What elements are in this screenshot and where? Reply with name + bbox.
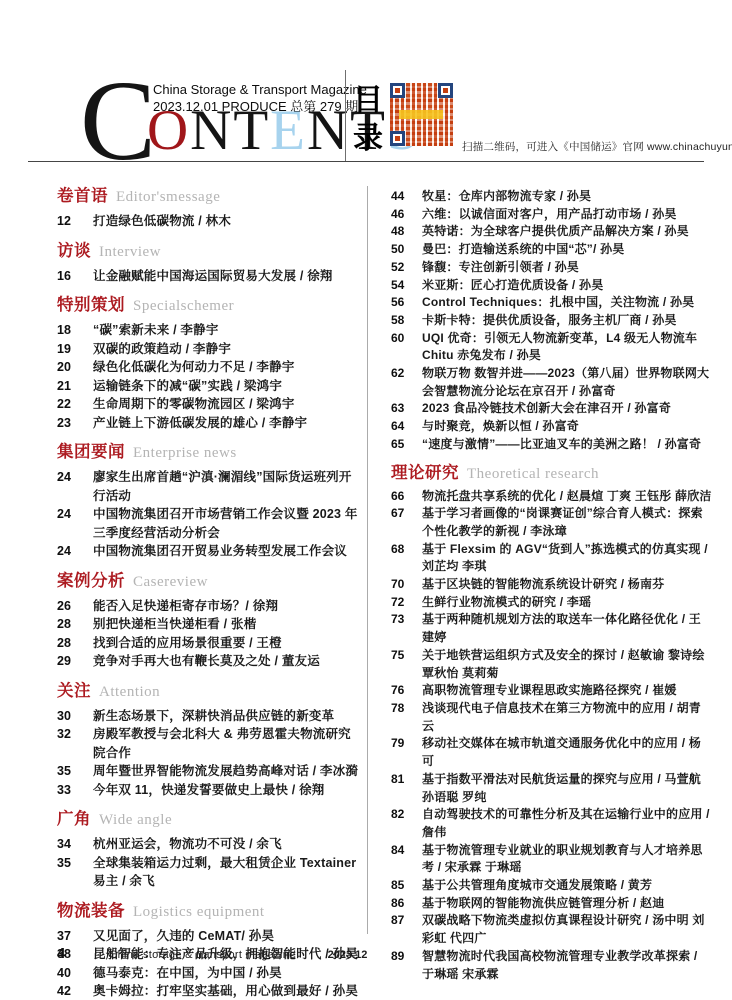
section-title-en: Editor'smessage: [116, 189, 220, 205]
toc-section: 卷首语Editor'smessage12打造绿色低碳物流 / 林木: [57, 186, 362, 231]
toc-item: 50曼巴：打造输送系统的中国“芯”/ 孙昊: [391, 241, 712, 259]
toc-item-page: 78: [391, 700, 422, 735]
toc-item-page: 33: [57, 781, 93, 800]
toc-item-text: 双碳的政策趋动 / 李静宇: [93, 340, 362, 359]
toc-item-text: 杭州亚运会，物流功不可没 / 余飞: [93, 835, 362, 854]
section-title-en: Attention: [99, 684, 160, 700]
toc-item-text: 智慧物流时代我国高校物流管理专业教学改革探索 / 于琳瑶 宋承霖: [422, 948, 712, 983]
toc-item-page: 34: [57, 835, 93, 854]
toc-item-page: 73: [391, 611, 422, 646]
toc-item-page: 64: [391, 418, 422, 436]
toc-item-text: 又见面了，久违的 CeMAT/ 孙昊: [93, 927, 362, 946]
toc-item-text: 德马泰克：在中国，为中国 / 孙昊: [93, 964, 362, 983]
toc-item: 30新生态场景下，深耕快消品供应链的新变革: [57, 707, 362, 726]
section-title-cn: 理论研究: [391, 464, 459, 482]
toc-item: 33今年双 11，快递发誓要做史上最快 / 徐翔: [57, 781, 362, 800]
toc-item-text: “速度与激情”——比亚迪叉车的美洲之路！ / 孙富奇: [422, 436, 712, 454]
toc-item: 56Control Techniques：扎根中国，关注物流 / 孙昊: [391, 294, 712, 312]
toc-item: 48英特诺：为全球客户提供优质产品解决方案 / 孙昊: [391, 223, 712, 241]
toc-item: 40德马泰克：在中国，为中国 / 孙昊: [57, 964, 362, 983]
toc-section: 案例分析Casereview26能否入足快递柜寄存市场？/ 徐翔28别把快递柜当…: [57, 571, 362, 671]
toc-item: 34杭州亚运会，物流功不可没 / 余飞: [57, 835, 362, 854]
toc-item-page: 48: [391, 223, 422, 241]
section-title-cn: 特别策划: [57, 296, 125, 314]
toc-item: 20绿色化低碳化为何动力不足 / 李静宇: [57, 358, 362, 377]
toc-item-text: 新生态场景下，深耕快消品供应链的新变革: [93, 707, 362, 726]
toc-item-page: 21: [57, 377, 93, 396]
toc-item: 54米亚斯：匠心打造优质设备 / 孙昊: [391, 277, 712, 295]
toc-item-page: 23: [57, 414, 93, 433]
toc-item-page: 46: [391, 206, 422, 224]
toc-item-page: 32: [57, 725, 93, 762]
footer-magazine-name: China storage & transport magazine: [109, 949, 295, 961]
toc-item-page: 63: [391, 400, 422, 418]
toc-item: 42奥卡姆拉：打牢坚实基础，用心做到最好 / 孙昊: [57, 982, 362, 1000]
section-title-en: Interview: [99, 244, 161, 260]
toc-item-page: 76: [391, 682, 422, 700]
toc-item-page: 24: [57, 468, 93, 505]
toc-item-text: 奥卡姆拉：打牢坚实基础，用心做到最好 / 孙昊: [93, 982, 362, 1000]
qr-eye-icon: [438, 83, 453, 98]
section-title-cn: 物流装备: [57, 902, 125, 920]
toc-item-text: 关于地铁营运组织方式及安全的探讨 / 赵敏谕 黎诗绘 覃秋怡 莫莉菊: [422, 647, 712, 682]
toc-item-text: 廖家生出席首趟“沪滇·澜湄线”国际货运班列开行活动: [93, 468, 362, 505]
toc-item: 68基于 Flexsim 的 AGV“货到人”拣选模式的仿真实现 / 刘芷均 李…: [391, 541, 712, 576]
toc-section: 关注Attention30新生态场景下，深耕快消品供应链的新变革32房殿军教授与…: [57, 681, 362, 800]
toc-right-column: 44牧星：仓库内部物流专家 / 孙昊46六维：以诚信面对客户，用产品打动市场 /…: [391, 188, 712, 983]
toc-item-text: 物流托盘共享系统的优化 / 赵晨煊 丁爽 王钰彤 薛欣洁: [422, 488, 712, 506]
toc-item-text: 让金融赋能中国海运国际贸易大发展 / 徐翔: [93, 267, 362, 286]
section-heading: 关注Attention: [57, 681, 362, 702]
column-divider: [367, 186, 368, 934]
toc-item-page: 65: [391, 436, 422, 454]
toc-item-text: 找到合适的应用场景很重要 / 王橙: [93, 634, 362, 653]
toc-section: 集团要闻Enterprise news24廖家生出席首趟“沪滇·澜湄线”国际货运…: [57, 442, 362, 561]
toc-item: 82自动驾驶技术的可靠性分析及其在运输行业中的应用 / 詹伟: [391, 806, 712, 841]
toc-item: 35全球集装箱运力过剩，最大租赁企业 Textainer 易主 / 余飞: [57, 854, 362, 891]
toc-item-text: 产业链上下游低碳发展的雄心 / 李静宇: [93, 414, 362, 433]
toc-item-text: 双碳战略下物流类虚拟仿真课程设计研究 / 汤中明 刘彩虹 代四广: [422, 912, 712, 947]
toc-item-text: 基于物联网的智能物流供应链管理分析 / 赵迪: [422, 895, 712, 913]
toc-item-text: 中国物流集团召开市场营销工作会议暨 2023 年三季度经营活动分析会: [93, 505, 362, 542]
toc-item-text: 卡斯卡特：提供优质设备，服务主机厂商 / 孙昊: [422, 312, 712, 330]
toc-item: 29竞争对手再大也有鞭长莫及之处 / 董友运: [57, 652, 362, 671]
toc-item-page: 12: [57, 212, 93, 231]
toc-section: 访谈Interview16让金融赋能中国海运国际贸易大发展 / 徐翔: [57, 241, 362, 286]
qr-caption: 扫描二维码，可进入《中国储运》官网 www.chinachuyun.com: [462, 139, 732, 154]
toc-item-page: 35: [57, 854, 93, 891]
toc-item: 81基于指数平滑法对民航货运量的探究与应用 / 马萱航 孙语聪 罗纯: [391, 771, 712, 806]
toc-item-text: “碳”索新未来 / 李静宇: [93, 321, 362, 340]
toc-item: 12打造绿色低碳物流 / 林木: [57, 212, 362, 231]
toc-item-text: 与时聚竞，焕新以恒 / 孙富奇: [422, 418, 712, 436]
logo-letter: O: [147, 99, 190, 162]
toc-item-text: 米亚斯：匠心打造优质设备 / 孙昊: [422, 277, 712, 295]
logo-letter: N: [190, 99, 233, 162]
toc-item-page: 28: [57, 615, 93, 634]
toc-item-text: 移动社交媒体在城市轨道交通服务优化中的应用 / 杨可: [422, 735, 712, 770]
toc-item: 72生鲜行业物流模式的研究 / 李瑶: [391, 594, 712, 612]
footer-date: 2023.12: [328, 949, 368, 961]
toc-item-page: 28: [57, 634, 93, 653]
toc-item-text: 牧星：仓库内部物流专家 / 孙昊: [422, 188, 712, 206]
section-heading: 访谈Interview: [57, 241, 362, 262]
qr-eye-icon: [390, 131, 405, 146]
section-heading: 广角Wide angle: [57, 809, 362, 830]
section-title-en: Specialschemer: [133, 298, 234, 314]
toc-item-text: 打造绿色低碳物流 / 林木: [93, 212, 362, 231]
toc-item: 65“速度与激情”——比亚迪叉车的美洲之路！ / 孙富奇: [391, 436, 712, 454]
toc-item-text: 绿色化低碳化为何动力不足 / 李静宇: [93, 358, 362, 377]
toc-item: 70基于区块链的智能物流系统设计研究 / 杨南芬: [391, 576, 712, 594]
toc-item-page: 35: [57, 762, 93, 781]
toc-item-page: 86: [391, 895, 422, 913]
toc-item-text: 物联万物 数智并进——2023（第八届）世界物联网大会智慧物流分论坛在京召开 /…: [422, 365, 712, 400]
toc-section: 特别策划Specialschemer18“碳”索新未来 / 李静宇19双碳的政策…: [57, 295, 362, 432]
toc-item: 28别把快递柜当快递柜看 / 张楷: [57, 615, 362, 634]
toc-item-page: 82: [391, 806, 422, 841]
toc-item: 37又见面了，久违的 CeMAT/ 孙昊: [57, 927, 362, 946]
section-title-cn: 访谈: [57, 242, 91, 260]
toc-item-text: 房殿军教授与会北科大 & 弗劳恩霍夫物流研究院合作: [93, 725, 362, 762]
toc-item-page: 79: [391, 735, 422, 770]
section-title-en: Enterprise news: [133, 445, 237, 461]
toc-item-text: 运输链条下的减“碳”实践 / 梁鸿宇: [93, 377, 362, 396]
toc-item-text: 英特诺：为全球客户提供优质产品解决方案 / 孙昊: [422, 223, 712, 241]
toc-item: 32房殿军教授与会北科大 & 弗劳恩霍夫物流研究院合作: [57, 725, 362, 762]
qr-code: [390, 83, 453, 146]
section-heading: 理论研究Theoretical research: [391, 463, 712, 484]
toc-item: 46六维：以诚信面对客户，用产品打动市场 / 孙昊: [391, 206, 712, 224]
toc-item-text: 自动驾驶技术的可靠性分析及其在运输行业中的应用 / 詹伟: [422, 806, 712, 841]
toc-item: 24中国物流集团召开市场营销工作会议暨 2023 年三季度经营活动分析会: [57, 505, 362, 542]
toc-item: 78浅谈现代电子信息技术在第三方物流中的应用 / 胡青云: [391, 700, 712, 735]
toc-item: 87双碳战略下物流类虚拟仿真课程设计研究 / 汤中明 刘彩虹 代四广: [391, 912, 712, 947]
toc-item: 35周年暨世界智能物流发展趋势高峰对话 / 李冰漪: [57, 762, 362, 781]
page-footer: 4 China storage & transport magazine 202…: [57, 945, 367, 962]
toc-item-page: 40: [57, 964, 93, 983]
toc-item-text: 基于区块链的智能物流系统设计研究 / 杨南芬: [422, 576, 712, 594]
toc-item-page: 62: [391, 365, 422, 400]
toc-item-page: 56: [391, 294, 422, 312]
toc-item: 86基于物联网的智能物流供应链管理分析 / 赵迪: [391, 895, 712, 913]
toc-item: 85基于公共管理角度城市交通发展策略 / 黄芳: [391, 877, 712, 895]
toc-item-text: 六维：以诚信面对客户，用产品打动市场 / 孙昊: [422, 206, 712, 224]
toc-item-page: 30: [57, 707, 93, 726]
section-title-cn: 关注: [57, 682, 91, 700]
toc-item-page: 37: [57, 927, 93, 946]
logo-letter: E: [270, 99, 307, 162]
footer-page-number: 4: [57, 945, 65, 962]
toc-item-page: 20: [57, 358, 93, 377]
toc-item: 62物联万物 数智并进——2023（第八届）世界物联网大会智慧物流分论坛在京召开…: [391, 365, 712, 400]
toc-item-page: 24: [57, 542, 93, 561]
toc-item-text: 2023 食品冷链技术创新大会在津召开 / 孙富奇: [422, 400, 712, 418]
toc-item-text: 周年暨世界智能物流发展趋势高峰对话 / 李冰漪: [93, 762, 362, 781]
toc-section: 广角Wide angle34杭州亚运会，物流功不可没 / 余飞35全球集装箱运力…: [57, 809, 362, 891]
toc-item: 28找到合适的应用场景很重要 / 王橙: [57, 634, 362, 653]
toc-item-text: 基于学习者画像的“岗课赛证创”综合育人模式：探索个性化教学的新视 / 李泳璋: [422, 505, 712, 540]
toc-item-page: 68: [391, 541, 422, 576]
toc-section: 理论研究Theoretical research66物流托盘共享系统的优化 / …: [391, 463, 712, 984]
toc-item: 23产业链上下游低碳发展的雄心 / 李静宇: [57, 414, 362, 433]
toc-item-text: 浅谈现代电子信息技术在第三方物流中的应用 / 胡青云: [422, 700, 712, 735]
toc-item-page: 52: [391, 259, 422, 277]
toc-item-page: 19: [57, 340, 93, 359]
toc-item-page: 16: [57, 267, 93, 286]
section-title-en: Theoretical research: [467, 466, 599, 482]
toc-item-text: 锋馥：专注创新引领者 / 孙昊: [422, 259, 712, 277]
toc-item: 26能否入足快递柜寄存市场？/ 徐翔: [57, 597, 362, 616]
section-title-en: Casereview: [133, 574, 208, 590]
toc-item-text: 生命周期下的零碳物流园区 / 梁鸿宇: [93, 395, 362, 414]
toc-item-page: 85: [391, 877, 422, 895]
toc-item-page: 22: [57, 395, 93, 414]
toc-item-page: 66: [391, 488, 422, 506]
toc-item: 632023 食品冷链技术创新大会在津召开 / 孙富奇: [391, 400, 712, 418]
toc-item-text: 全球集装箱运力过剩，最大租赁企业 Textainer 易主 / 余飞: [93, 854, 362, 891]
section-title-en: Logistics equipment: [133, 904, 265, 920]
section-title-cn: 案例分析: [57, 572, 125, 590]
section-title-en: Wide angle: [99, 812, 172, 828]
toc-item: 22生命周期下的零碳物流园区 / 梁鸿宇: [57, 395, 362, 414]
toc-item-page: 75: [391, 647, 422, 682]
toc-item-text: 中国物流集团召开贸易业务转型发展工作会议: [93, 542, 362, 561]
toc-item: 73基于两种随机规划方法的取送车一体化路径优化 / 王建婷: [391, 611, 712, 646]
logo-letter: T: [233, 99, 270, 162]
toc-item-page: 67: [391, 505, 422, 540]
toc-item: 16让金融赋能中国海运国际贸易大发展 / 徐翔: [57, 267, 362, 286]
toc-item: 79移动社交媒体在城市轨道交通服务优化中的应用 / 杨可: [391, 735, 712, 770]
section-heading: 卷首语Editor'smessage: [57, 186, 362, 207]
toc-item-text: 竞争对手再大也有鞭长莫及之处 / 董友运: [93, 652, 362, 671]
toc-item: 67基于学习者画像的“岗课赛证创”综合育人模式：探索个性化教学的新视 / 李泳璋: [391, 505, 712, 540]
toc-item-text: 基于指数平滑法对民航货运量的探究与应用 / 马萱航 孙语聪 罗纯: [422, 771, 712, 806]
toc-left-column: 卷首语Editor'smessage12打造绿色低碳物流 / 林木访谈Inter…: [57, 186, 362, 1000]
toc-item-page: 89: [391, 948, 422, 983]
section-title-cn: 集团要闻: [57, 443, 125, 461]
toc-item: 64与时聚竞，焕新以恒 / 孙富奇: [391, 418, 712, 436]
toc-item: 52锋馥：专注创新引领者 / 孙昊: [391, 259, 712, 277]
toc-item-page: 50: [391, 241, 422, 259]
header-vertical-divider: [345, 70, 346, 162]
toc-item-page: 26: [57, 597, 93, 616]
toc-item: 89智慧物流时代我国高校物流管理专业教学改革探索 / 于琳瑶 宋承霖: [391, 948, 712, 983]
section-title-cn: 卷首语: [57, 187, 108, 205]
logo-letter: N: [307, 99, 350, 162]
toc-item: 58卡斯卡特：提供优质设备，服务主机厂商 / 孙昊: [391, 312, 712, 330]
toc-item-page: 29: [57, 652, 93, 671]
toc-item-page: 44: [391, 188, 422, 206]
toc-item: 76高职物流管理专业课程思政实施路径探究 / 崔媛: [391, 682, 712, 700]
toc-item: 44牧星：仓库内部物流专家 / 孙昊: [391, 188, 712, 206]
toc-item: 24中国物流集团召开贸易业务转型发展工作会议: [57, 542, 362, 561]
toc-item: 24廖家生出席首趟“沪滇·澜湄线”国际货运班列开行活动: [57, 468, 362, 505]
section-title-cn: 广角: [57, 810, 91, 828]
toc-item: 66物流托盘共享系统的优化 / 赵晨煊 丁爽 王钰彤 薛欣洁: [391, 488, 712, 506]
toc-item: 84基于物流管理专业就业的职业规划教育与人才培养思考 / 宋承霖 于琳瑶: [391, 842, 712, 877]
toc-item-page: 54: [391, 277, 422, 295]
header-rule: [28, 161, 704, 162]
section-heading: 特别策划Specialschemer: [57, 295, 362, 316]
toc-item: 19双碳的政策趋动 / 李静宇: [57, 340, 362, 359]
toc-item-page: 72: [391, 594, 422, 612]
toc-item-page: 18: [57, 321, 93, 340]
toc-item-text: 高职物流管理专业课程思政实施路径探究 / 崔媛: [422, 682, 712, 700]
toc-item: 18“碳”索新未来 / 李静宇: [57, 321, 362, 340]
toc-item-text: Control Techniques：扎根中国，关注物流 / 孙昊: [422, 294, 712, 312]
toc-item-text: 基于公共管理角度城市交通发展策略 / 黄芳: [422, 877, 712, 895]
toc-item-text: UQI 优奇：引领无人物流新变革，L4 级无人物流车 Chitu 赤兔发布 / …: [422, 330, 712, 365]
magazine-name-en: China Storage & Transport Magazine: [153, 82, 367, 99]
toc-item-page: 58: [391, 312, 422, 330]
qr-logo-band: [399, 110, 443, 119]
toc-item-page: 84: [391, 842, 422, 877]
qr-eye-icon: [390, 83, 405, 98]
toc-item-page: 60: [391, 330, 422, 365]
toc-item-text: 基于物流管理专业就业的职业规划教育与人才培养思考 / 宋承霖 于琳瑶: [422, 842, 712, 877]
section-heading: 物流装备Logistics equipment: [57, 901, 362, 922]
toc-item: 21运输链条下的减“碳”实践 / 梁鸿宇: [57, 377, 362, 396]
toc-item: 75关于地铁营运组织方式及安全的探讨 / 赵敏谕 黎诗绘 覃秋怡 莫莉菊: [391, 647, 712, 682]
toc-item-page: 81: [391, 771, 422, 806]
section-heading: 集团要闻Enterprise news: [57, 442, 362, 463]
toc-item-page: 70: [391, 576, 422, 594]
toc-item-text: 能否入足快递柜寄存市场？/ 徐翔: [93, 597, 362, 616]
toc-item-page: 87: [391, 912, 422, 947]
section-heading: 案例分析Casereview: [57, 571, 362, 592]
toc-item-page: 24: [57, 505, 93, 542]
toc-item-text: 基于 Flexsim 的 AGV“货到人”拣选模式的仿真实现 / 刘芷均 李琪: [422, 541, 712, 576]
mulu-vertical-title: 目录: [353, 82, 387, 158]
toc-item-text: 基于两种随机规划方法的取送车一体化路径优化 / 王建婷: [422, 611, 712, 646]
toc-item-text: 别把快递柜当快递柜看 / 张楷: [93, 615, 362, 634]
toc-item: 60UQI 优奇：引领无人物流新变革，L4 级无人物流车 Chitu 赤兔发布 …: [391, 330, 712, 365]
toc-item-text: 曼巴：打造输送系统的中国“芯”/ 孙昊: [422, 241, 712, 259]
toc-item-page: 42: [57, 982, 93, 1000]
toc-item-text: 生鲜行业物流模式的研究 / 李瑶: [422, 594, 712, 612]
toc-section: 44牧星：仓库内部物流专家 / 孙昊46六维：以诚信面对客户，用产品打动市场 /…: [391, 188, 712, 454]
toc-item-text: 今年双 11，快递发誓要做史上最快 / 徐翔: [93, 781, 362, 800]
